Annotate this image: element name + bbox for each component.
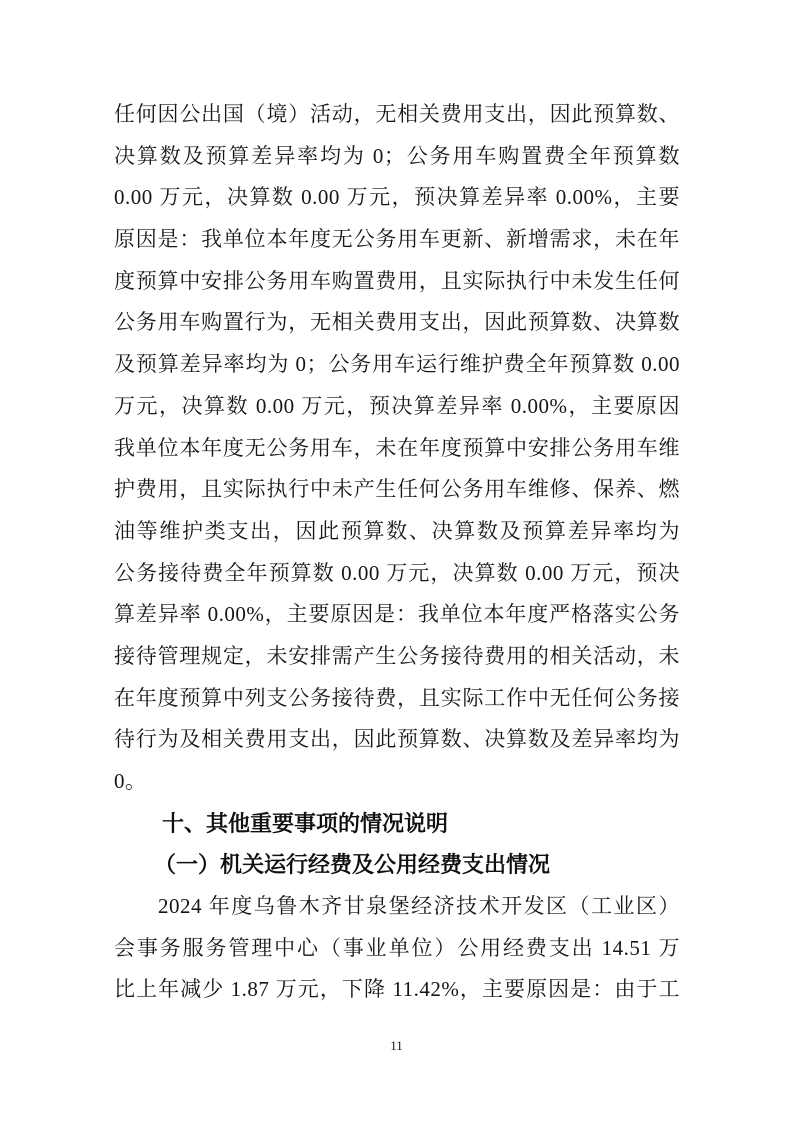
text-line: 0。 (114, 761, 680, 803)
text-line: 公务接待费全年预算数 0.00 万元，决算数 0.00 万元，预决 (114, 553, 680, 595)
text-line: 决算数及预算差异率均为 0；公务用车购置费全年预算数 (114, 136, 680, 178)
text-line: 会事务服务管理中心（事业单位）公用经费支出 14.51 万元， (114, 928, 680, 970)
text-line: 公务用车购置行为，无相关费用支出，因此预算数、决算数 (114, 302, 680, 344)
text-line: 原因是：我单位本年度无公务用车更新、新增需求，未在年 (114, 219, 680, 261)
paragraph-continued: 任何因公出国（境）活动，无相关费用支出，因此预算数、 决算数及预算差异率均为 0… (114, 94, 680, 803)
text-line: 接待管理规定，未安排需产生公务接待费用的相关活动，未 (114, 636, 680, 678)
paragraph-expenditure: 2024 年度乌鲁木齐甘泉堡经济技术开发区（工业区）社 会事务服务管理中心（事业… (114, 886, 680, 1011)
text-line: 0.00 万元，决算数 0.00 万元，预决算差异率 0.00%，主要 (114, 177, 680, 219)
document-page: 任何因公出国（境）活动，无相关费用支出，因此预算数、 决算数及预算差异率均为 0… (0, 0, 793, 1122)
text-line: 比上年减少 1.87 万元，下降 11.42%，主要原因是：由于工 (114, 969, 680, 1011)
text-line: 万元，决算数 0.00 万元，预决算差异率 0.00%，主要原因是： (114, 386, 680, 428)
text-line: 护费用，且实际执行中未产生任何公务用车维修、保养、燃 (114, 469, 680, 511)
text-line: 在年度预算中列支公务接待费，且实际工作中无任何公务接 (114, 678, 680, 720)
subsection-heading: （一）机关运行经费及公用经费支出情况 (114, 844, 680, 886)
text-line: 任何因公出国（境）活动，无相关费用支出，因此预算数、 (114, 94, 680, 136)
text-line: 我单位本年度无公务用车，未在年度预算中安排公务用车维 (114, 428, 680, 470)
text-line: 度预算中安排公务用车购置费用，且实际执行中未发生任何 (114, 261, 680, 303)
page-content: 任何因公出国（境）活动，无相关费用支出，因此预算数、 决算数及预算差异率均为 0… (114, 94, 680, 1011)
text-line: 算差异率 0.00%，主要原因是：我单位本年度严格落实公务 (114, 594, 680, 636)
text-line: 及预算差异率均为 0；公务用车运行维护费全年预算数 0.00 (114, 344, 680, 386)
page-footer: 11 (0, 1036, 793, 1056)
text-line: 油等维护类支出，因此预算数、决算数及预算差异率均为 0； (114, 511, 680, 553)
page-number: 11 (390, 1038, 403, 1053)
text-line: 2024 年度乌鲁木齐甘泉堡经济技术开发区（工业区）社 (114, 886, 680, 928)
section-heading: 十、其他重要事项的情况说明 (114, 803, 680, 845)
text-line: 待行为及相关费用支出，因此预算数、决算数及差异率均为 (114, 719, 680, 761)
